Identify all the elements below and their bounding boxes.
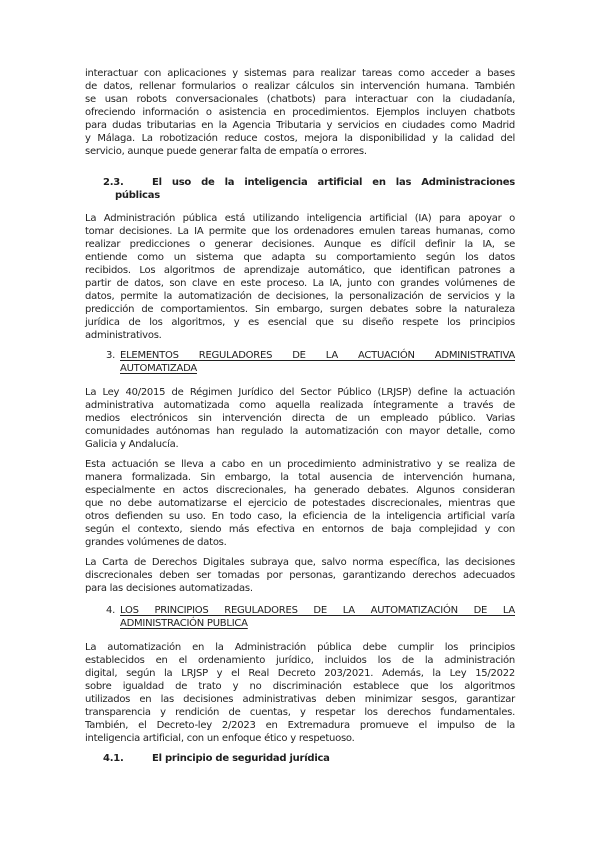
text-line: y Málaga. La robotización reduce costos,… — [85, 132, 515, 145]
text-line: La automatización en la Administración p… — [85, 641, 515, 654]
text-line: discrecionales deben ser tomadas por per… — [85, 569, 515, 582]
text-line: administrativa automatizada como aquella… — [85, 399, 515, 412]
text-line: realizar predicciones o generar decision… — [85, 238, 515, 251]
heading-4: 4.LOS PRINCIPIOS REGULADORES DE LA AUTOM… — [85, 604, 515, 630]
text-line: especialmente en actos discrecionales, h… — [85, 484, 515, 497]
text-line: El principio de seguridad jurídica — [152, 752, 515, 765]
paragraph-ia-administracion: La Administración pública está utilizand… — [85, 212, 515, 342]
text-line: digital, según la LRJSP y el Real Decret… — [85, 667, 515, 680]
text-line: para las decisiones automatizadas. — [85, 582, 515, 595]
text-line: otros defienden su uso. En todo caso, la… — [85, 510, 515, 523]
text-line: La Carta de Derechos Digitales subraya q… — [85, 556, 515, 569]
text-line: LOS PRINCIPIOS REGULADORES DE LA AUTOMAT… — [120, 604, 515, 617]
text-line: recibidos. Los algoritmos de aprendizaje… — [85, 264, 515, 277]
text-line: según el contexto, siendo más efectiva e… — [85, 523, 515, 536]
text-line: transparencia y rendición de cuentas, y … — [85, 706, 515, 719]
text-line: que no debe automatizarse el ejercicio d… — [85, 497, 515, 510]
text-line: públicas — [115, 189, 515, 202]
document-page: interactuar con aplicaciones y sistemas … — [0, 0, 599, 848]
text-line: grandes volúmenes de datos. — [85, 536, 515, 549]
heading-number: 2.3. — [103, 176, 124, 189]
text-line: inteligencia artificial, con un enfoque … — [85, 732, 515, 745]
text-line: administrativos. — [85, 329, 515, 342]
heading-number: 4.1. — [103, 752, 124, 765]
heading-4-1: 4.1.El principio de seguridad jurídica — [85, 752, 515, 765]
text-line: establecidos en el ordenamiento jurídico… — [85, 654, 515, 667]
text-line: predicción de comportamientos. Sin embar… — [85, 303, 515, 316]
text-line: La Administración pública está utilizand… — [85, 212, 515, 225]
text-line: se usan robots conversacionales (chatbot… — [85, 93, 515, 106]
text-line: Esta actuación se lleva a cabo en un pro… — [85, 458, 515, 471]
text-line: datos, permite la automatización de deci… — [85, 290, 515, 303]
text-line: ADMINISTRACIÓN PUBLICA — [120, 617, 515, 630]
paragraph-robotization: interactuar con aplicaciones y sistemas … — [85, 67, 515, 158]
text-line: El uso de la inteligencia artificial en … — [152, 176, 515, 189]
heading-2-3: 2.3.El uso de la inteligencia artificial… — [85, 176, 515, 202]
text-line: para dudas tributarias en la Agencia Tri… — [85, 119, 515, 132]
text-line: interactuar con aplicaciones y sistemas … — [85, 67, 515, 80]
text-line: entiende como un sistema que adapta su c… — [85, 251, 515, 264]
text-line: ofreciendo información o asistencia en p… — [85, 106, 515, 119]
text-line: partir de datos, son clave en este proce… — [85, 277, 515, 290]
text-line: También, el Decreto-ley 2/2023 en Extrem… — [85, 719, 515, 732]
text-line: jurídica de los algoritmos, y es esencia… — [85, 316, 515, 329]
text-line: AUTOMATIZADA — [120, 362, 515, 375]
text-line: tomar decisiones. La IA permite que los … — [85, 225, 515, 238]
paragraph-carta-derechos: La Carta de Derechos Digitales subraya q… — [85, 556, 515, 595]
text-line: utilizados en las decisiones administrat… — [85, 693, 515, 706]
heading-number: 4. — [106, 604, 115, 617]
text-line: manera formalizada. Sin embargo, la tota… — [85, 471, 515, 484]
paragraph-principios: La automatización en la Administración p… — [85, 641, 515, 745]
paragraph-actuacion-formalizada: Esta actuación se lleva a cabo en un pro… — [85, 458, 515, 549]
text-line: Galicia y Andalucía. — [85, 438, 515, 451]
heading-number: 3. — [106, 349, 115, 362]
heading-3: 3.ELEMENTOS REGULADORES DE LA ACTUACIÓN … — [85, 349, 515, 375]
text-line: La Ley 40/2015 de Régimen Jurídico del S… — [85, 386, 515, 399]
text-line: de datos, rellenar formularios o realiza… — [85, 80, 515, 93]
paragraph-ley-40-2015: La Ley 40/2015 de Régimen Jurídico del S… — [85, 386, 515, 451]
text-line: ELEMENTOS REGULADORES DE LA ACTUACIÓN AD… — [120, 349, 515, 362]
text-line: comunidades autónomas han regulado la au… — [85, 425, 515, 438]
text-line: sobre igualdad de trato y no discriminac… — [85, 680, 515, 693]
text-line: servicio, aunque puede generar falta de … — [85, 145, 515, 158]
text-line: medios electrónicos sin intervención dir… — [85, 412, 515, 425]
